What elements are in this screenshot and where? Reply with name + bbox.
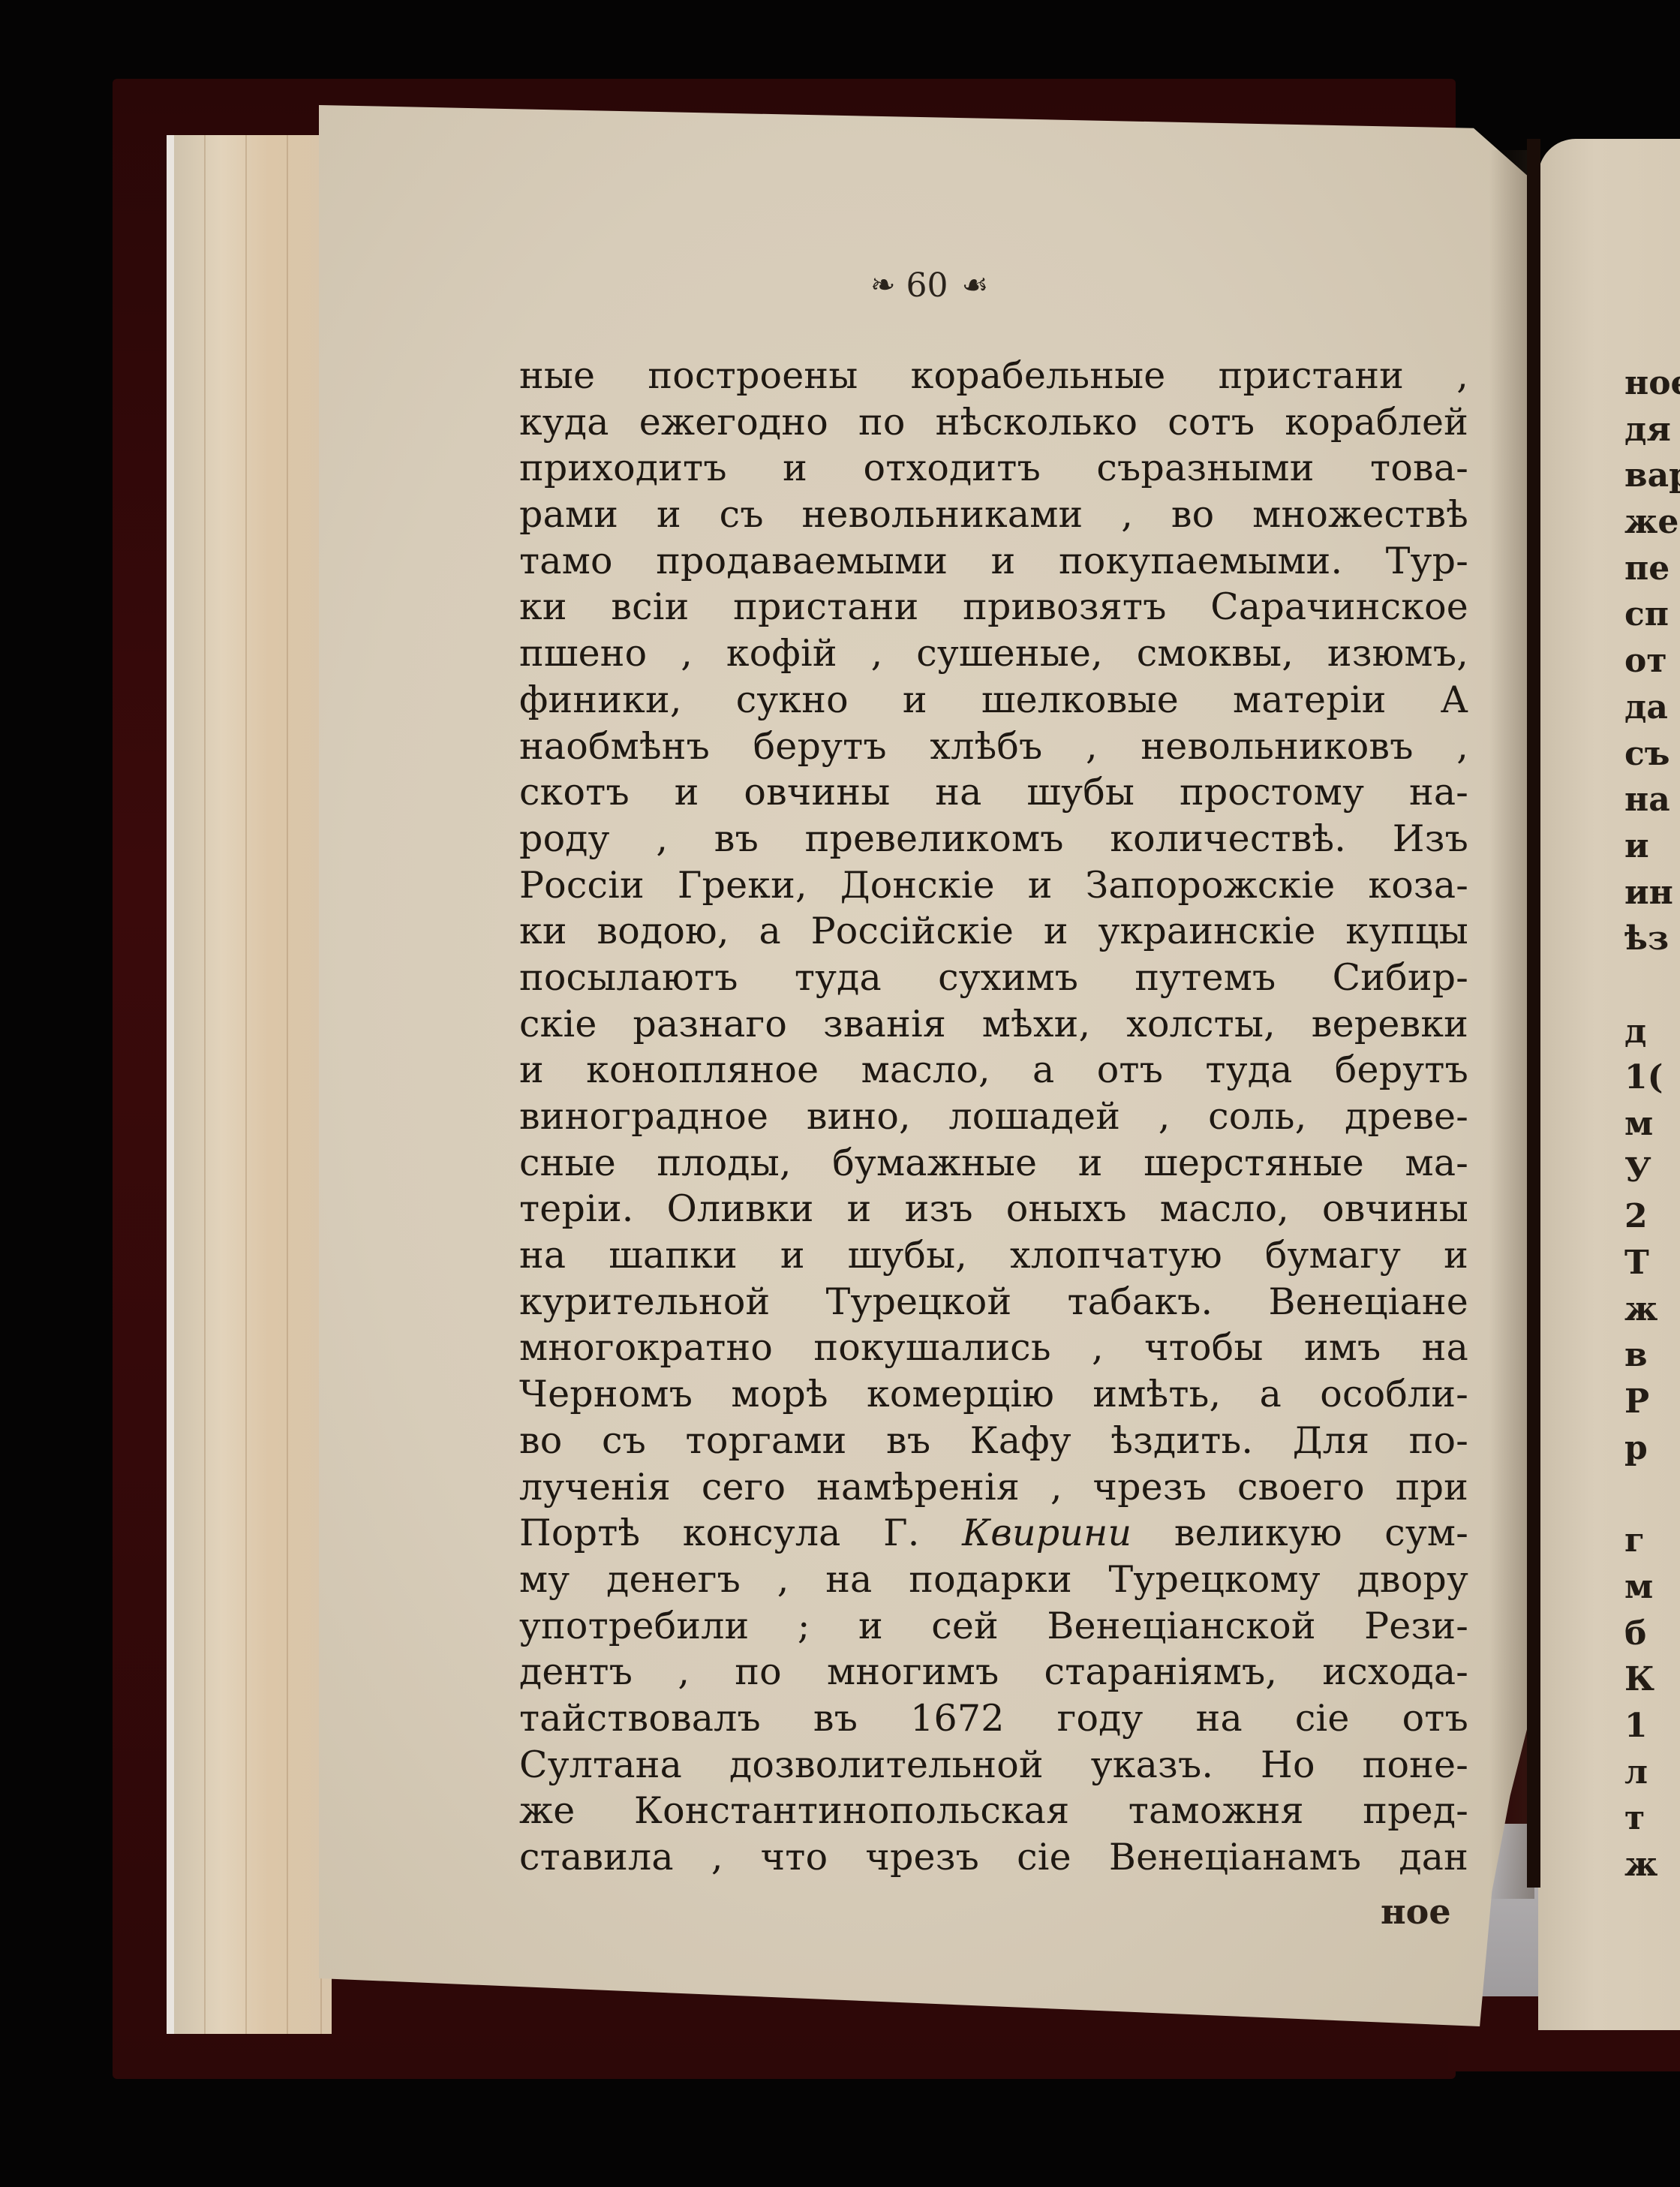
- text-line: ки водою, а Россійскіе и украинскіе купц…: [519, 908, 1468, 955]
- text-line-with-name: Портѣ консула Г. Квирини великую сум-: [519, 1510, 1468, 1557]
- right-page-fragment: ѣз: [1624, 916, 1680, 962]
- text-line: тамо продаваемыми и покупаемыми. Тур-: [519, 538, 1468, 585]
- right-page-fragment: 2: [1624, 1193, 1680, 1240]
- text-segment: Портѣ консула Г.: [519, 1512, 920, 1554]
- ornament-right-icon: ☙: [962, 268, 986, 302]
- text-line: ставила , что чрезъ сіе Венеціанамъ дан: [519, 1834, 1468, 1881]
- right-page-fragment: т: [1624, 1795, 1680, 1842]
- right-page-fragment: сп: [1624, 591, 1680, 638]
- right-page-fragment: же: [1624, 499, 1680, 546]
- right-page-fragment: на: [1624, 777, 1680, 823]
- text-line: тайствовалъ въ 1672 году на сіе отъ: [519, 1695, 1468, 1742]
- right-page-fragment: 1(: [1624, 1054, 1680, 1101]
- right-page-fragment: в: [1624, 1332, 1680, 1379]
- right-page-fragment: Р: [1624, 1379, 1680, 1425]
- text-line: лученія сего намѣренія , чрезъ своего пр…: [519, 1464, 1468, 1511]
- right-page-fragment: ж: [1624, 1842, 1680, 1888]
- text-line: Черномъ морѣ комерцію имѣть, а особли-: [519, 1371, 1468, 1418]
- text-line: роду , въ превеликомъ количествѣ. Изъ: [519, 816, 1468, 862]
- right-page-fragment: д: [1624, 1009, 1680, 1055]
- right-page-fragment: пе: [1624, 546, 1680, 592]
- text-segment: великую сум-: [1174, 1512, 1468, 1554]
- italic-proper-name: Квирини: [962, 1512, 1132, 1554]
- right-page-fragment: 1: [1624, 1703, 1680, 1749]
- body-text: ные построены корабельные пристани , куд…: [519, 353, 1468, 1881]
- right-page-fragment: р: [1624, 1425, 1680, 1472]
- text-line: на шапки и шубы, хлопчатую бумагу и: [519, 1232, 1468, 1279]
- text-line: во съ торгами въ Кафу ѣздить. Для по-: [519, 1418, 1468, 1464]
- text-line: скіе разнаго званія мѣхи, холсты, веревк…: [519, 1001, 1468, 1048]
- right-page-fragment: [1624, 962, 1680, 1009]
- right-page-fragment: ное: [1624, 360, 1680, 407]
- text-line: куда ежегодно по нѣсколько сотъ кораблей: [519, 399, 1468, 446]
- right-page-fragment: [1624, 1472, 1680, 1518]
- right-page-fragment: вар: [1624, 453, 1680, 499]
- right-page-fragment: съ: [1624, 731, 1680, 778]
- text-line: сные плоды, бумажные и шерстяные ма-: [519, 1140, 1468, 1187]
- right-page-fragment: и: [1624, 823, 1680, 870]
- page-header: ❧ 60 ☙: [870, 263, 985, 308]
- text-line: и конопляное масло, а отъ туда берутъ: [519, 1047, 1468, 1093]
- text-line: ки всіи пристани привозятъ Сарачинское: [519, 584, 1468, 630]
- text-line: употребили ; и сей Венеціанской Рези-: [519, 1603, 1468, 1650]
- right-page-fragment: да: [1624, 684, 1680, 731]
- catchword: ное: [1381, 1891, 1451, 1932]
- right-page-fragment: дя: [1624, 407, 1680, 453]
- text-line: приходитъ и отходитъ съразными това-: [519, 445, 1468, 492]
- text-line: финики, сукно и шелковые матеріи А: [519, 677, 1468, 723]
- right-page-fragment: л: [1624, 1749, 1680, 1796]
- text-line: пшено , кофій , сушеные, смоквы, изюмъ,: [519, 630, 1468, 677]
- right-page-fragment: ин: [1624, 870, 1680, 916]
- page-number: 60: [906, 266, 948, 305]
- text-line: же Константинопольская таможня пред-: [519, 1788, 1468, 1834]
- book-gutter: [1527, 139, 1540, 1888]
- right-page-fragment: К: [1624, 1656, 1680, 1703]
- text-line: курительной Турецкой табакъ. Венеціане: [519, 1279, 1468, 1325]
- right-page-text-fragments: ноедяваржепеспотдасънаиинѣзд1(мУ2ТжвРргм…: [1624, 360, 1680, 1888]
- right-page-fragment: от: [1624, 638, 1680, 684]
- text-line: теріи. Оливки и изъ оныхъ масло, овчины: [519, 1186, 1468, 1232]
- text-line: скотъ и овчины на шубы простому на-: [519, 769, 1468, 816]
- text-line: ные построены корабельные пристани ,: [519, 353, 1468, 399]
- ornament-left-icon: ❧: [870, 268, 893, 302]
- text-line: Россіи Греки, Донскіе и Запорожскіе коза…: [519, 862, 1468, 909]
- right-page-fragment: У: [1624, 1148, 1680, 1194]
- right-page-fragment: ж: [1624, 1286, 1680, 1333]
- page-edges-stack: [167, 135, 332, 2034]
- right-page-fragment: м: [1624, 1101, 1680, 1148]
- text-line: рами и съ невольниками , во множествѣ: [519, 492, 1468, 538]
- text-line: наобмѣнъ берутъ хлѣбъ , невольниковъ ,: [519, 723, 1468, 770]
- text-line: Султана дозволительной указъ. Но поне-: [519, 1742, 1468, 1788]
- text-line: дентъ , по многимъ стараніямъ, исхода-: [519, 1649, 1468, 1695]
- text-line: му денегъ , на подарки Турецкому двору: [519, 1557, 1468, 1603]
- right-page-fragment: м: [1624, 1564, 1680, 1611]
- text-line: посылаютъ туда сухимъ путемъ Сибир-: [519, 955, 1468, 1001]
- right-page-fragment: б: [1624, 1611, 1680, 1657]
- text-line: виноградное вино, лошадей , соль, древе-: [519, 1093, 1468, 1140]
- right-page-fragment: Т: [1624, 1240, 1680, 1286]
- text-line: многократно покушались , чтобы имъ на: [519, 1325, 1468, 1371]
- right-page-fragment: г: [1624, 1518, 1680, 1564]
